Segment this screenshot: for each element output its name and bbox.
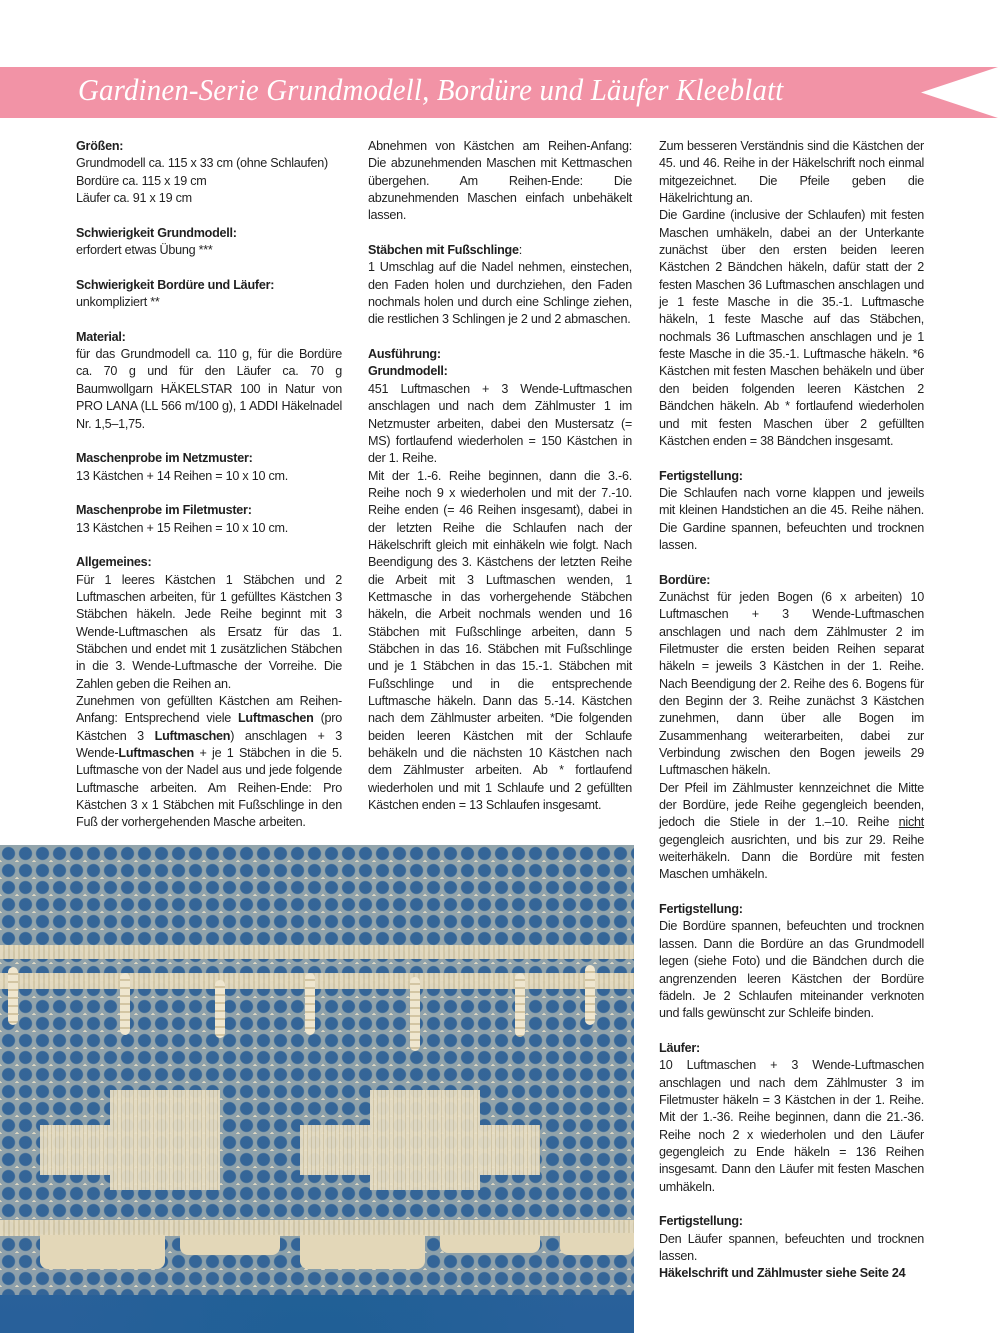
heading-ausfuehrung: Ausführung: xyxy=(368,346,632,363)
bordure-para-2: Der Pfeil im Zählmuster kennzeichnet die… xyxy=(659,780,924,884)
lace-scallop xyxy=(300,1235,425,1269)
heading-staebchen-fussschlinge: Stäbchen mit Fußschlinge: xyxy=(368,242,632,259)
heading-schwierigkeit-grundmodell: Schwierigkeit Grundmodell: xyxy=(76,225,342,242)
difficulty-bordure: unkompliziert ** xyxy=(76,294,342,311)
fertigstellung-laeufer-text: Den Läufer spannen, befeuchten und trock… xyxy=(659,1231,924,1266)
abnehmen-text: Abnehmen von Kästchen am Reihen-Anfang: … xyxy=(368,138,632,225)
lace-scallop xyxy=(40,1235,165,1269)
size-bordure: Bordüre ca. 115 x 19 cm xyxy=(76,173,342,190)
tassel xyxy=(8,967,18,1025)
section-allgemeines: Allgemeines: Für 1 leeres Kästchen 1 Stä… xyxy=(76,554,342,832)
heading-fertigstellung-2: Fertigstellung: xyxy=(659,901,924,918)
heading-schwierigkeit-bordure: Schwierigkeit Bordüre und Läufer: xyxy=(76,277,342,294)
section-fertigstellung-bordure: Fertigstellung: Die Bordüre spannen, bef… xyxy=(659,901,924,1022)
bordure-para-1: Zunächst für jeden Bogen (6 x arbeiten) … xyxy=(659,589,924,780)
section-maschenprobe-filet: Maschenprobe im Filetmuster: 13 Kästchen… xyxy=(76,502,342,537)
lace-band-top xyxy=(0,945,634,959)
staebchen-text: 1 Umschlag auf die Nadel nehmen, einstec… xyxy=(368,259,632,328)
page-title: Gardinen-Serie Grundmodell, Bordüre und … xyxy=(78,72,783,108)
heading-laeufer: Läufer: xyxy=(659,1040,924,1057)
grundmodell-para-1: 451 Luftmaschen + 3 Wende-Luftmaschen an… xyxy=(368,381,632,468)
column-1: Größen: Grundmodell ca. 115 x 33 cm (ohn… xyxy=(76,138,342,832)
allgemeines-text: Für 1 leeres Kästchen 1 Stäbchen und 2 L… xyxy=(76,572,342,693)
heading-allgemeines: Allgemeines: xyxy=(76,554,342,571)
section-maschenprobe-netz: Maschenprobe im Netzmuster: 13 Kästchen … xyxy=(76,450,342,485)
tassel xyxy=(120,973,130,1035)
clover-motif xyxy=(300,1125,370,1175)
difficulty-grundmodell: erfordert etwas Übung *** xyxy=(76,242,342,259)
lace-scallop xyxy=(440,1235,540,1253)
column-3: Zum besseren Verständnis sind die Kästch… xyxy=(659,138,924,1283)
section-groessen: Größen: Grundmodell ca. 115 x 33 cm (ohn… xyxy=(76,138,342,207)
section-bordure: Bordüre: Zunächst für jeden Bogen (6 x a… xyxy=(659,572,924,884)
clover-motif xyxy=(110,1090,220,1190)
material-text: für das Grundmodell ca. 110 g, für die B… xyxy=(76,346,342,433)
clover-motif xyxy=(40,1125,110,1175)
size-laeufer: Läufer ca. 91 x 19 cm xyxy=(76,190,342,207)
section-staebchen-fussschlinge: Stäbchen mit Fußschlinge: 1 Umschlag auf… xyxy=(368,242,632,329)
lace-band-loops xyxy=(0,973,634,989)
grundmodell-para-2: Mit der 1.-6. Reihe beginnen, dann die 3… xyxy=(368,468,632,815)
column-2: Abnehmen von Kästchen am Reihen-Anfang: … xyxy=(368,138,632,814)
gauge-filet: 13 Kästchen + 15 Reihen = 10 x 10 cm. xyxy=(76,520,342,537)
heading-bordure: Bordüre: xyxy=(659,572,924,589)
fertigstellung-gardine-text: Die Schlaufen nach vorne klappen und jew… xyxy=(659,485,924,554)
clover-motif xyxy=(480,1125,540,1175)
laeufer-text: 10 Luftmaschen + 3 Wende-Luftmaschen ans… xyxy=(659,1057,924,1196)
heading-groessen: Größen: xyxy=(76,138,342,155)
gardine-umhaekeln-text: Die Gardine (inclusive der Schlaufen) mi… xyxy=(659,207,924,450)
section-schwierigkeit-grundmodell: Schwierigkeit Grundmodell: erfordert etw… xyxy=(76,225,342,260)
section-schwierigkeit-bordure: Schwierigkeit Bordüre und Läufer: unkomp… xyxy=(76,277,342,312)
lace-bottom-edge xyxy=(0,1220,634,1236)
heading-fertigstellung-1: Fertigstellung: xyxy=(659,468,924,485)
title-banner: Gardinen-Serie Grundmodell, Bordüre und … xyxy=(0,67,1000,118)
heading-maschenprobe-filet: Maschenprobe im Filetmuster: xyxy=(76,502,342,519)
tassel xyxy=(305,973,315,1035)
heading-material: Material: xyxy=(76,329,342,346)
crochet-lace-curtain-photo xyxy=(0,845,634,1333)
tassel xyxy=(515,973,525,1037)
heading-fertigstellung-3: Fertigstellung: xyxy=(659,1213,924,1230)
lace-scallop xyxy=(560,1233,634,1255)
tassel xyxy=(215,980,225,1038)
verstaendnis-text: Zum besseren Verständnis sind die Kästch… xyxy=(659,138,924,207)
heading-grundmodell: Grundmodell: xyxy=(368,363,632,380)
heading-maschenprobe-netz: Maschenprobe im Netzmuster: xyxy=(76,450,342,467)
section-fertigstellung-laeufer: Fertigstellung: Den Läufer spannen, befe… xyxy=(659,1213,924,1282)
section-laeufer: Läufer: 10 Luftmaschen + 3 Wende-Luftmas… xyxy=(659,1040,924,1196)
section-material: Material: für das Grundmodell ca. 110 g,… xyxy=(76,329,342,433)
tassel xyxy=(410,977,420,1051)
tassel xyxy=(585,965,595,1025)
section-umhaekeln: Zum besseren Verständnis sind die Kästch… xyxy=(659,138,924,450)
section-ausfuehrung: Ausführung: Grundmodell: 451 Luftmaschen… xyxy=(368,346,632,814)
fertigstellung-bordure-text: Die Bordüre spannen, befeuchten und troc… xyxy=(659,918,924,1022)
zunehmen-text: Zunehmen von gefüllten Kästchen am Reihe… xyxy=(76,693,342,832)
gauge-netz: 13 Kästchen + 14 Reihen = 10 x 10 cm. xyxy=(76,468,342,485)
clover-motif xyxy=(370,1090,480,1190)
size-grundmodell: Grundmodell ca. 115 x 33 cm (ohne Schlau… xyxy=(76,155,342,172)
section-fertigstellung-gardine: Fertigstellung: Die Schlaufen nach vorne… xyxy=(659,468,924,555)
page-reference: Häkelschrift und Zählmuster siehe Seite … xyxy=(659,1265,924,1282)
section-abnehmen: Abnehmen von Kästchen am Reihen-Anfang: … xyxy=(368,138,632,225)
lace-scallop xyxy=(180,1235,280,1255)
